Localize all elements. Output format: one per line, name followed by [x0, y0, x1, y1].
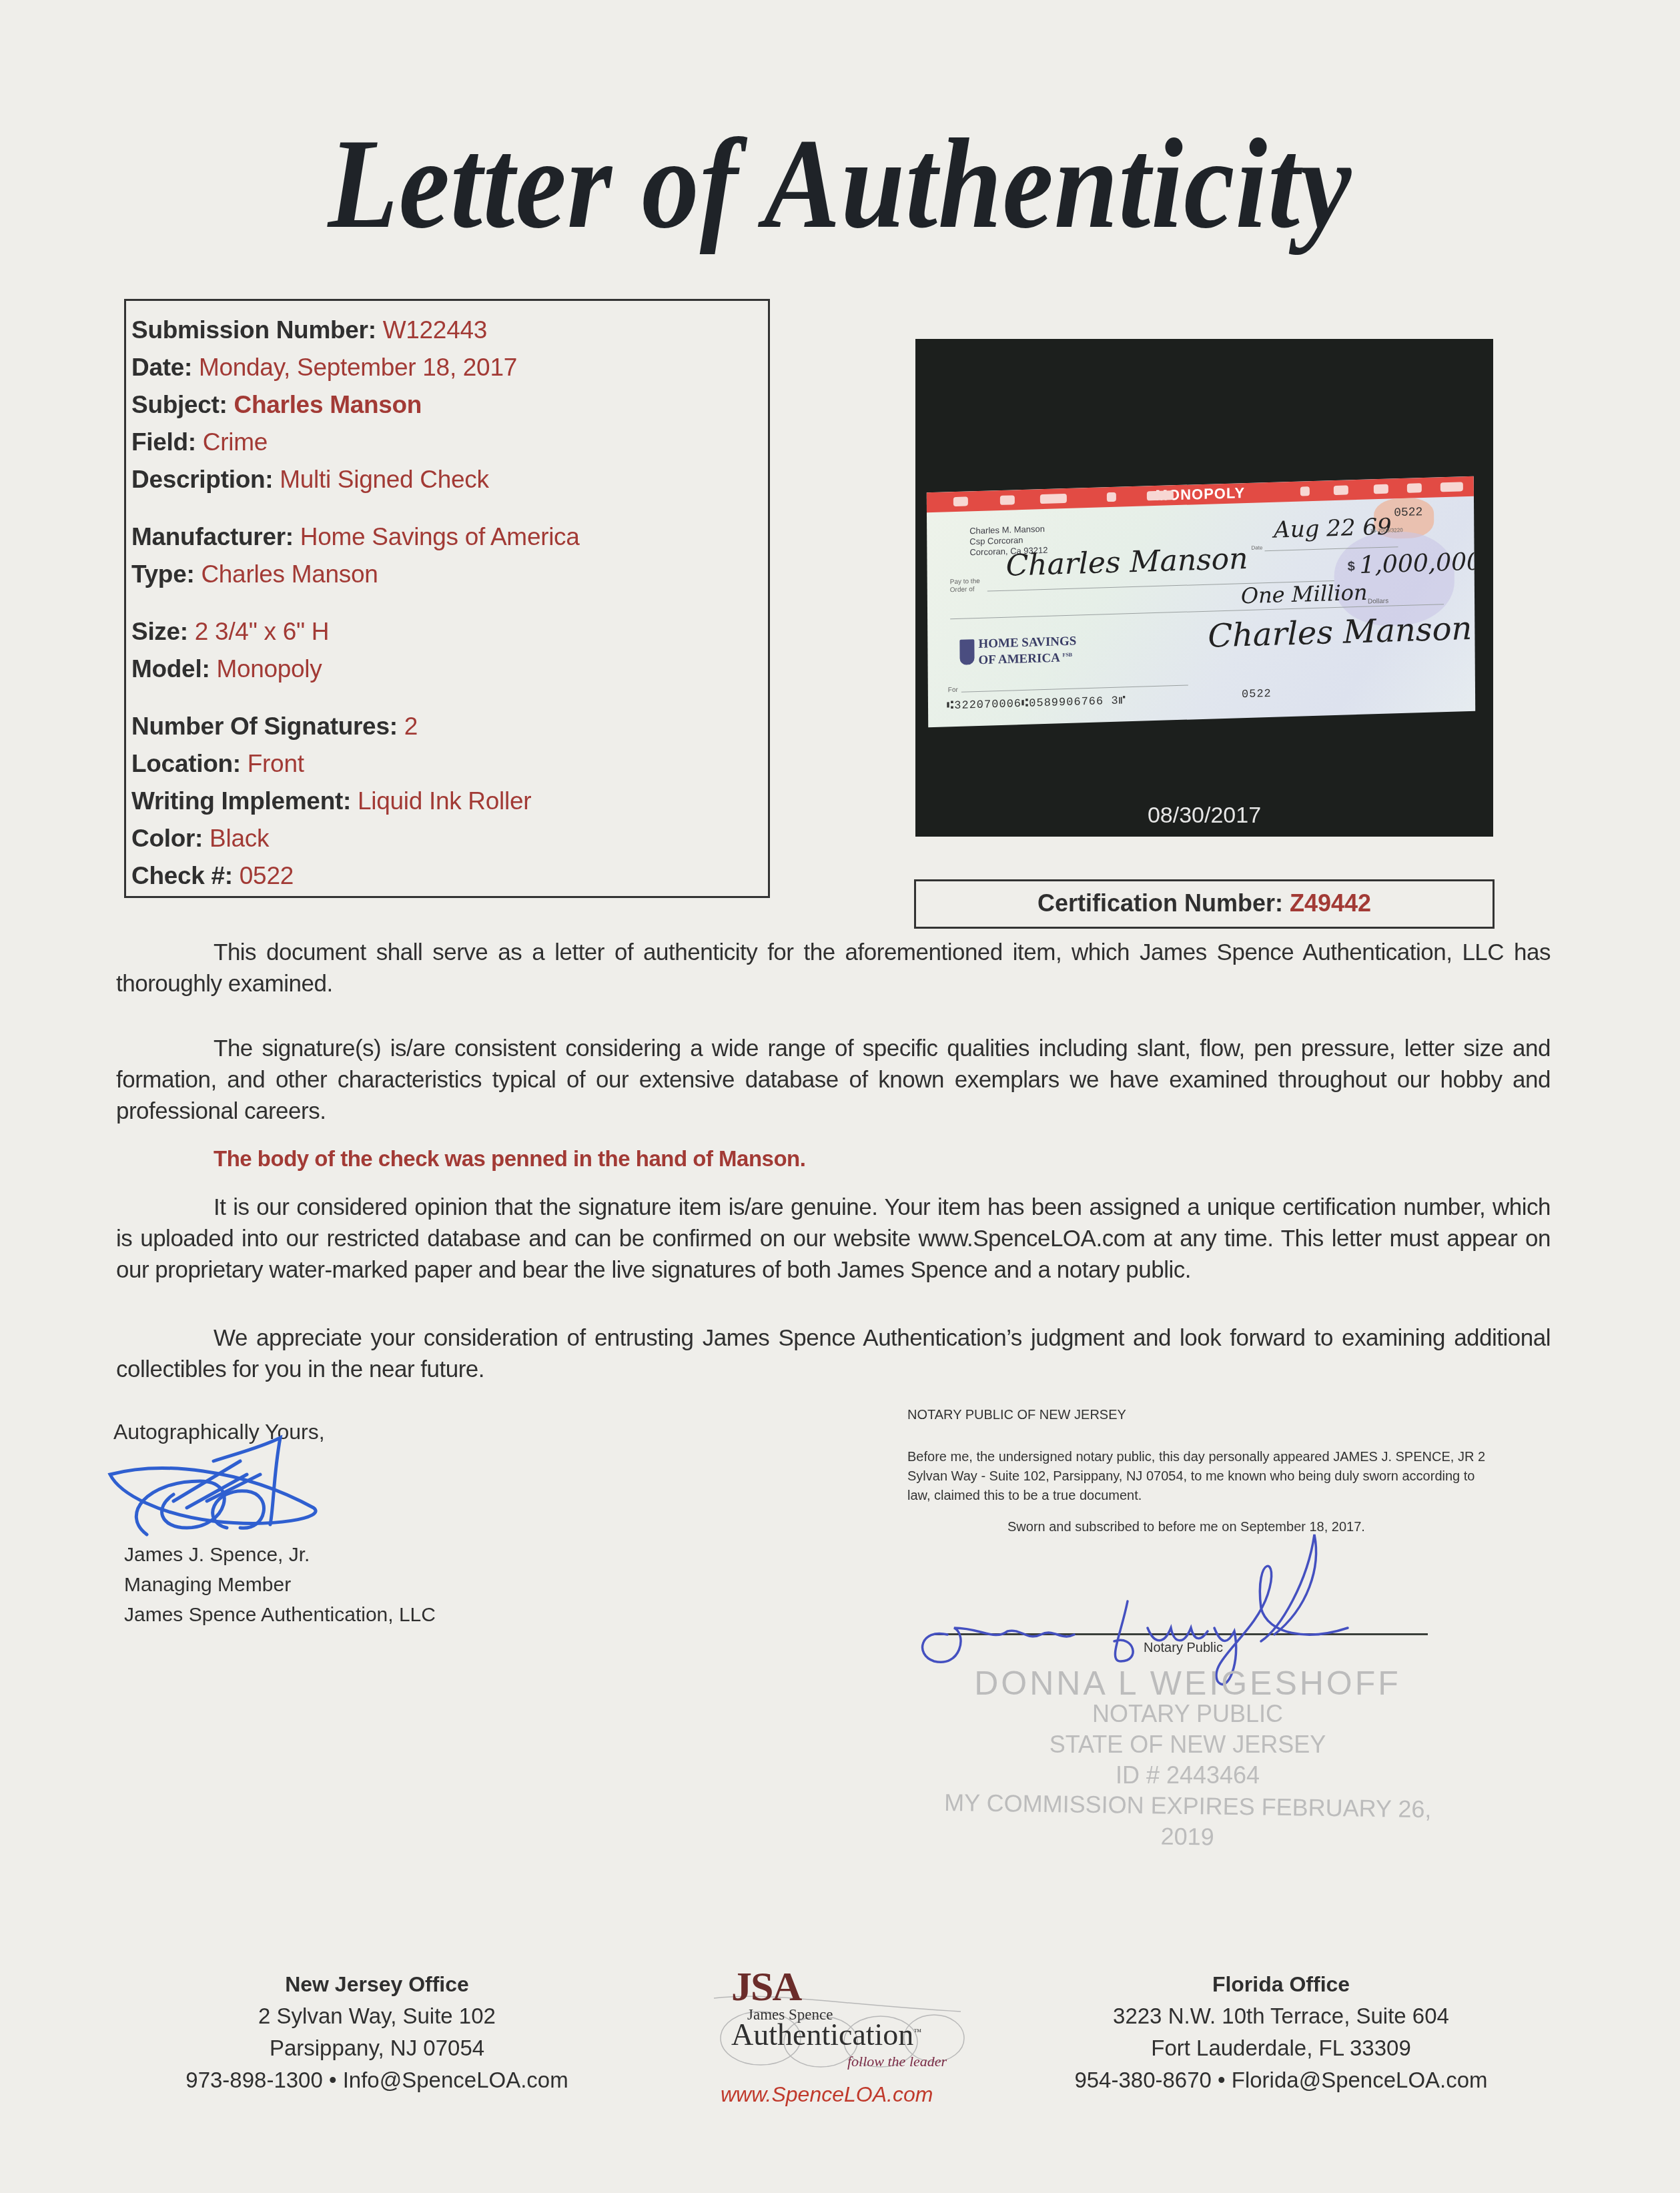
certification-label: Certification Number: — [1037, 889, 1283, 917]
detail-value: Charles Manson — [201, 560, 378, 588]
document-title: Letter of Authenticity — [0, 120, 1680, 249]
dog-token-icon — [953, 496, 968, 506]
date-label: Date — [1251, 542, 1262, 553]
detail-row: Submission Number: W122443 — [131, 312, 768, 349]
signature-written: Charles Manson — [1208, 610, 1472, 655]
notary-stamp-title: NOTARY PUBLIC — [934, 1699, 1441, 1729]
fl-office: Florida Office 3223 N.W. 10th Terrace, S… — [1021, 1968, 1541, 2096]
detail-value: Home Savings of America — [300, 523, 580, 550]
amount-prefix: $ — [1348, 561, 1355, 572]
detail-row: Date: Monday, September 18, 2017 — [131, 349, 768, 386]
payee-written: Charles Manson — [1005, 542, 1248, 583]
website-link[interactable]: www.SpenceLOA.com — [721, 2082, 933, 2107]
cannon-token-icon — [1300, 486, 1310, 496]
signer-role: Managing Member — [124, 1570, 436, 1600]
nj-office-contact: 973-898-1300 • Info@SpenceLOA.com — [153, 2064, 600, 2096]
notary-stamp: DONNA L WEIGESHOFF NOTARY PUBLIC STATE O… — [934, 1668, 1441, 1852]
jsa-logo: JSA James Spence Authentication™ follow … — [694, 1958, 987, 2105]
amount-written: 1,000,000 — [1360, 548, 1476, 579]
body-paragraph-2: The signature(s) is/are consistent consi… — [116, 1033, 1551, 1127]
notary-statement: Before me, the undersigned notary public… — [907, 1448, 1495, 1506]
hat-token-icon — [1334, 485, 1348, 495]
body-emphasis: The body of the check was penned in the … — [214, 1146, 805, 1172]
thimble-token-icon — [1107, 492, 1116, 502]
item-photo: MONOPOLY 0522 Charles M. Manson Csp Corc… — [915, 339, 1493, 837]
detail-row: Field: Crime — [131, 424, 768, 461]
detail-label: Model: — [131, 655, 209, 683]
detail-row: Check #: 0522 — [131, 857, 768, 895]
detail-label: Field: — [131, 428, 196, 456]
notary-stamp-state: STATE OF NEW JERSEY — [934, 1729, 1441, 1760]
detail-label: Description: — [131, 466, 273, 493]
fl-office-heading: Florida Office — [1021, 1968, 1541, 2000]
spence-signature — [107, 1434, 360, 1541]
detail-row: Size: 2 3/4" x 6" H — [131, 613, 768, 650]
car-token-icon — [1040, 494, 1067, 504]
body-paragraph-3: It is our considered opinion that the si… — [116, 1192, 1551, 1286]
body-paragraph-1: This document shall serve as a letter of… — [116, 937, 1551, 999]
detail-value: Multi Signed Check — [280, 466, 488, 493]
nj-office: New Jersey Office 2 Sylvan Way, Suite 10… — [153, 1968, 600, 2096]
certification-number: Z49442 — [1290, 889, 1371, 917]
detail-row: Location: Front — [131, 745, 768, 783]
detail-row: Color: Black — [131, 820, 768, 857]
detail-row: Description: Multi Signed Check — [131, 461, 768, 498]
detail-value: Charles Manson — [234, 391, 422, 418]
detail-label: Manufacturer: — [131, 523, 294, 550]
photo-date: 08/30/2017 — [915, 803, 1493, 829]
detail-row: Manufacturer: Home Savings of America — [131, 518, 768, 556]
logo-tm: ™ — [913, 2027, 921, 2036]
detail-label: Date: — [131, 354, 192, 381]
check-number: 0522 — [1394, 507, 1422, 518]
bank-suffix: FSB — [1062, 652, 1072, 658]
logo-tagline: follow the leader — [847, 2053, 947, 2070]
detail-label: Location: — [131, 750, 241, 777]
shoe-token-icon — [1374, 484, 1388, 494]
check-image: MONOPOLY 0522 Charles M. Manson Csp Corc… — [927, 476, 1475, 727]
micr-line: ⑆322070006⑆0589906766 3⑈ — [947, 696, 1126, 712]
detail-value: Monday, September 18, 2017 — [199, 354, 517, 381]
detail-value: W122443 — [383, 316, 487, 344]
bank-shield-icon — [959, 639, 974, 665]
nj-office-address-1: 2 Sylvan Way, Suite 102 — [153, 2000, 600, 2032]
body-paragraph-4: We appreciate your consideration of entr… — [116, 1322, 1551, 1385]
detail-label: Submission Number: — [131, 316, 376, 344]
certification-number-box: Certification Number: Z49442 — [914, 879, 1495, 929]
detail-value: Front — [248, 750, 304, 777]
skyline-icon — [1147, 490, 1174, 500]
fl-office-contact: 954-380-8670 • Florida@SpenceLOA.com — [1021, 2064, 1541, 2096]
detail-value: 2 — [404, 713, 418, 740]
logo-mark: JSA — [731, 1963, 801, 2011]
detail-row: Model: Monopoly — [131, 650, 768, 688]
car2-token-icon — [1440, 482, 1463, 492]
logo-word: Authentication — [731, 2018, 913, 2052]
detail-label: Type: — [131, 560, 194, 588]
notary-heading: NOTARY PUBLIC OF NEW JERSEY — [907, 1408, 1126, 1423]
notary-stamp-name: DONNA L WEIGESHOFF — [934, 1668, 1441, 1699]
nj-office-address-2: Parsippany, NJ 07054 — [153, 2032, 600, 2064]
detail-row: Type: Charles Manson — [131, 556, 768, 593]
signer-block: James J. Spence, Jr. Managing Member Jam… — [124, 1540, 436, 1630]
fl-office-address-1: 3223 N.W. 10th Terrace, Suite 604 — [1021, 2000, 1541, 2032]
notary-signature-label: Notary Public — [1144, 1641, 1223, 1656]
detail-row: Number Of Signatures: 2 — [131, 708, 768, 745]
detail-label: Size: — [131, 618, 188, 645]
item-details-box: Submission Number: W122443Date: Monday, … — [124, 299, 770, 898]
detail-row: Subject: Charles Manson — [131, 386, 768, 424]
detail-value: Black — [209, 825, 269, 852]
detail-label: Color: — [131, 825, 203, 852]
signer-name: James J. Spence, Jr. — [124, 1540, 436, 1570]
detail-row: Writing Implement: Liquid Ink Roller — [131, 783, 768, 820]
detail-label: Check #: — [131, 862, 233, 889]
wheelbarrow-token-icon — [1407, 483, 1422, 493]
micr-check-number: 0522 — [1242, 689, 1272, 701]
fl-office-address-2: Fort Lauderdale, FL 33309 — [1021, 2032, 1541, 2064]
nj-office-heading: New Jersey Office — [153, 1968, 600, 2000]
amount-words: One Million — [1241, 580, 1368, 609]
detail-value: Liquid Ink Roller — [358, 787, 531, 815]
account-holder-name: Charles M. Manson — [969, 524, 1045, 536]
bank-name-2: OF AMERICA — [978, 651, 1059, 668]
notary-stamp-id: ID # 2443464 — [934, 1760, 1441, 1791]
detail-value: Crime — [203, 428, 268, 456]
detail-value: 0522 — [240, 862, 294, 889]
detail-value: Monopoly — [216, 655, 322, 683]
detail-label: Number Of Signatures: — [131, 713, 398, 740]
for-label: For — [948, 685, 958, 696]
notary-stamp-expiry: MY COMMISSION EXPIRES FEBRUARY 26, 2019 — [933, 1787, 1441, 1856]
iron-token-icon — [1000, 495, 1015, 505]
detail-label: Subject: — [131, 391, 228, 418]
routing-fraction: 16-7000/3220 — [1370, 525, 1403, 536]
detail-value: 2 3/4" x 6" H — [195, 618, 329, 645]
signer-company: James Spence Authentication, LLC — [124, 1600, 436, 1630]
detail-label: Writing Implement: — [131, 787, 351, 815]
pay-to-label-2: Order of — [950, 584, 975, 596]
